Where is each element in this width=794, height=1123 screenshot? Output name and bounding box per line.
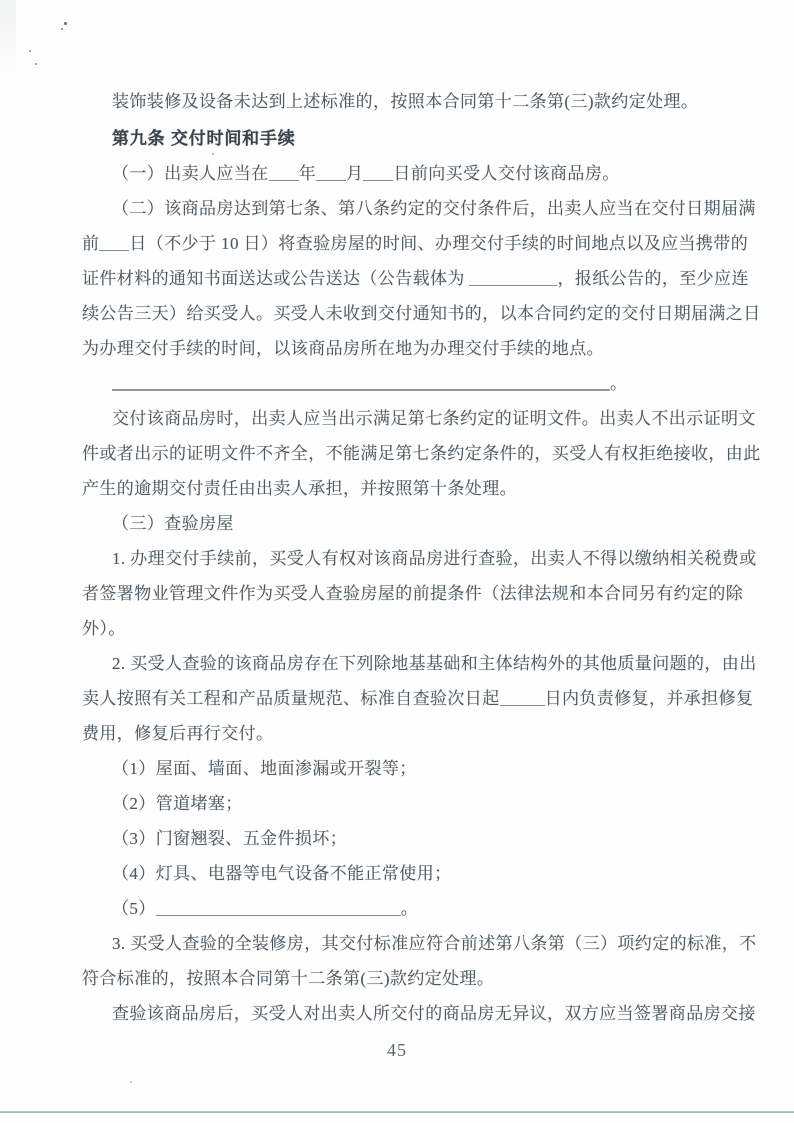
text-line: 前日（不少于 10 日）将查验房屋的时间、办理交付手续的时间地点以及应当携带的: [82, 226, 714, 261]
text-line: 3. 买受人查验的全装修房，其交付标准应符合前述第八条第（三）项约定的标准，不: [82, 926, 714, 961]
document-body: 装饰装修及设备未达到上述标准的，按照本合同第十二条第(三)款约定处理。第九条 交…: [82, 84, 714, 1031]
text-line: 为办理交付手续的时间，以该商品房所在地为办理交付手续的地点。: [82, 331, 714, 366]
text-line: （二）该商品房达到第七条、第八条约定的交付条件后，出卖人应当在交付日期届满: [82, 191, 714, 226]
fill-in-blank: [500, 688, 545, 706]
text-line: 查验该商品房后，买受人对出卖人所交付的商品房无异议，双方应当签署商品房交接: [82, 996, 714, 1031]
fill-in-blank: [316, 163, 346, 181]
text-line: （4）灯具、电器等电气设备不能正常使用；: [82, 856, 714, 891]
text-line: 1. 办理交付手续前，买受人有权对该商品房进行查验，出卖人不得以缴纳相关税费或: [82, 541, 714, 576]
fill-in-blank: [156, 898, 401, 916]
text-line: 件或者出示的证明文件不齐全，不能满足第七条约定条件的，买受人有权拒绝接收，由此: [82, 436, 714, 471]
text-line: （三）查验房屋: [82, 506, 714, 541]
scan-smudge: [0, 0, 16, 110]
scan-speck: [64, 22, 67, 25]
text-line: 费用，修复后再行交付。: [82, 716, 714, 751]
text-line: 符合标准的，按照本合同第十二条第(三)款约定处理。: [82, 961, 714, 996]
text-line: （一）出卖人应当在年月日前向买受人交付该商品房。: [82, 156, 714, 191]
text-line: 装饰装修及设备未达到上述标准的，按照本合同第十二条第(三)款约定处理。: [82, 84, 714, 119]
text-line: 外）。: [82, 611, 714, 646]
text-line: （5）。: [82, 891, 714, 926]
fill-in-blank: [469, 268, 557, 286]
text-line: 续公告三天）给买受人。买受人未收到交付通知书的，以本合同约定的交付日期届满之日: [82, 296, 714, 331]
fill-in-blank: [269, 163, 299, 181]
scan-speck: [35, 63, 37, 65]
page-number: 45: [0, 1040, 794, 1061]
text-line: （2）管道堵塞；: [82, 786, 714, 821]
text-line: （3）门窗翘裂、五金件损坏；: [82, 821, 714, 856]
text-line: 卖人按照有关工程和产品质量规范、标准自查验次日起日内负责修复，并承担修复: [82, 681, 714, 716]
text-line: 。: [82, 366, 714, 401]
text-line: 证件材料的通知书面送达或公告送达（公告载体为 ，报纸公告的，至少应连: [82, 261, 714, 296]
text-line: （1）屋面、墙面、地面渗漏或开裂等；: [82, 751, 714, 786]
text-line: 者签署物业管理文件作为买受人查验房屋的前提条件（法律法规和本合同另有约定的除: [82, 576, 714, 611]
text-line: 2. 买受人查验的该商品房存在下列除地基基础和主体结构外的其他质量问题的，由出: [82, 646, 714, 681]
fill-in-blank: [99, 233, 129, 251]
scan-speck: [29, 50, 31, 52]
text-line: 产生的逾期交付责任由出卖人承担，并按照第十条处理。: [82, 471, 714, 506]
fill-in-blank: [363, 163, 393, 181]
scanned-document-page: 装饰装修及设备未达到上述标准的，按照本合同第十二条第(三)款约定处理。第九条 交…: [0, 0, 794, 1123]
fill-in-blank: [112, 372, 610, 391]
section-heading: 第九条 交付时间和手续: [82, 121, 714, 156]
text-line: 交付该商品房时，出卖人应当出示满足第七条约定的证明文件。出卖人不出示证明文: [82, 401, 714, 436]
scan-edge-line: [0, 1111, 794, 1113]
scan-speck: [61, 28, 63, 30]
scan-speck: [130, 1081, 132, 1083]
